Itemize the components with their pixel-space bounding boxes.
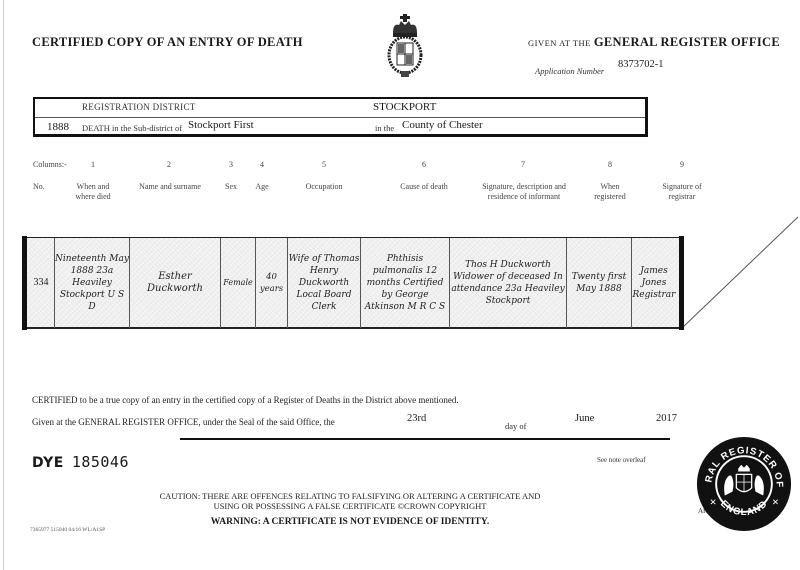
royal-crest-icon (385, 13, 425, 79)
row-left-border (22, 236, 27, 330)
column-number: 3 (226, 160, 236, 169)
registration-box: REGISTRATION DISTRICT STOCKPORT 1888 DEA… (33, 97, 648, 137)
header-when-registered: When registered (590, 182, 630, 202)
given-at-prefix: GIVEN AT THE (528, 38, 591, 48)
svg-text:✕: ✕ (709, 498, 716, 508)
serial-digits: 185046 (72, 453, 129, 471)
row-right-border (679, 236, 684, 330)
entry-age: 40 years (256, 238, 287, 328)
given-at-office: GENERAL REGISTER OFFICE (594, 35, 780, 49)
svg-text:✕: ✕ (772, 498, 779, 508)
registration-district-label: REGISTRATION DISTRICT (82, 102, 196, 112)
registration-year: 1888 (47, 121, 69, 133)
column-number: 2 (164, 160, 174, 169)
header-name: Name and surname (132, 182, 208, 192)
column-number: 9 (677, 160, 687, 169)
header-cause-of-death: Cause of death (392, 182, 456, 192)
entry-number: 334 (28, 238, 54, 328)
entry-cause-of-death: Phthisis pulmonalis 12 months Certified … (361, 238, 449, 328)
column-number: 8 (605, 160, 615, 169)
certification-day: 23rd (407, 413, 426, 424)
death-entry-row: 334 Nineteenth May 1888 23a Heaviley Sto… (22, 237, 682, 329)
header-when-where-died: When and where died (70, 182, 116, 202)
entry-sex: Female (221, 238, 255, 328)
header-registrar: Signature of registrar (650, 182, 714, 202)
caution-notice: CAUTION: THERE ARE OFFENCES RELATING TO … (150, 491, 550, 511)
subdistrict: Stockport First (188, 119, 254, 131)
page-edge (3, 0, 4, 570)
general-register-office-seal-icon: GENERAL REGISTER OFFICE ENGLAND ✕ ✕ (696, 436, 792, 532)
entry-when-registered: Twenty first May 1888 (567, 238, 631, 328)
identity-warning: WARNING: A CERTIFICATE IS NOT EVIDENCE O… (150, 517, 550, 527)
application-number: 8373702-1 (618, 59, 664, 70)
certification-month: June (575, 413, 594, 424)
registration-district: STOCKPORT (373, 101, 436, 113)
columns-label: Columns:- (33, 160, 67, 169)
given-under-seal-statement: Given at the GENERAL REGISTER OFFICE, un… (32, 417, 335, 427)
subdistrict-label: DEATH in the Sub-district of (82, 123, 182, 133)
county: County of Chester (402, 119, 483, 131)
column-number: 7 (518, 160, 528, 169)
entry-name: Esther Duckworth (130, 238, 220, 328)
header-informant: Signature, description and residence of … (476, 182, 572, 202)
column-number: 4 (257, 160, 267, 169)
registration-divider (35, 117, 645, 118)
day-of-label: day of (505, 421, 526, 431)
header-sex: Sex (220, 182, 242, 192)
column-number: 6 (419, 160, 429, 169)
form-code: 7365977 515040 04/16 WL/A1SP (30, 527, 105, 533)
given-at-heading: GIVEN AT THE GENERAL REGISTER OFFICE (528, 35, 780, 50)
county-label: in the (375, 123, 394, 133)
entry-occupation: Wife of Thomas Henry Duckworth Local Boa… (288, 238, 360, 328)
header-age: Age (251, 182, 273, 192)
entry-registrar: James Jones Registrar (632, 238, 676, 328)
header-occupation: Occupation (294, 182, 354, 192)
header-no: No. (33, 182, 45, 192)
signature-line (180, 438, 670, 440)
entry-when-where-died: Nineteenth May 1888 23a Heaviley Stockpo… (55, 238, 129, 328)
application-number-label: Application Number (535, 66, 604, 76)
cancellation-line (680, 215, 800, 330)
certification-year: 2017 (656, 413, 677, 424)
column-number: 5 (319, 160, 329, 169)
serial-prefix: DYE (32, 455, 64, 471)
serial-number: DYE185046 (32, 453, 129, 471)
column-number: 1 (88, 160, 98, 169)
certificate-title: CERTIFIED COPY OF AN ENTRY OF DEATH (32, 35, 303, 50)
entry-informant: Thos H Duckworth Widower of deceased In … (450, 238, 566, 328)
see-note-overleaf: See note overleaf (597, 456, 646, 464)
certification-statement: CERTIFIED to be a true copy of an entry … (32, 395, 459, 405)
